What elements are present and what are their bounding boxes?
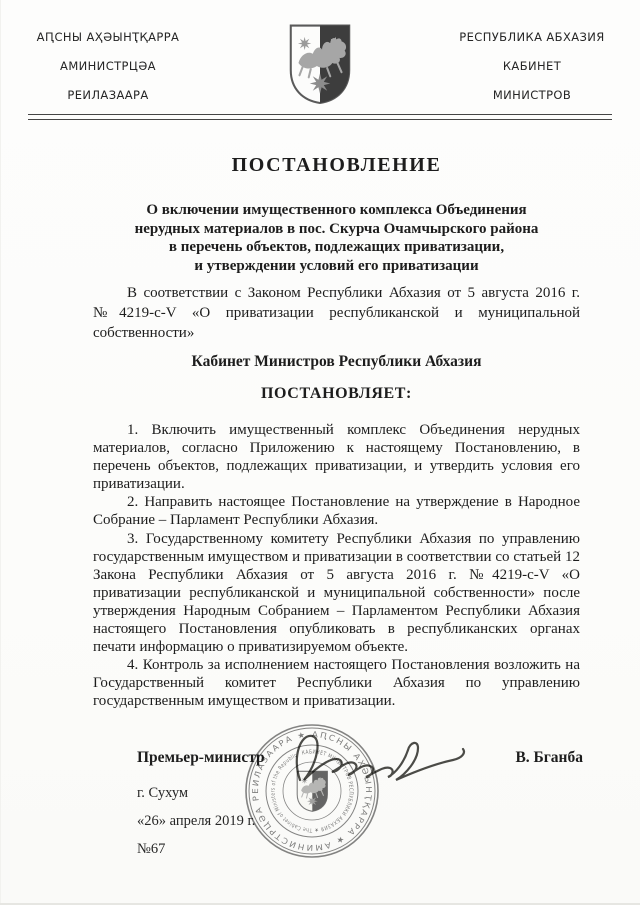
- issuing-authority: Кабинет Министров Республики Абхазия: [93, 353, 580, 371]
- footer-date: «26» апреля 2019 г.: [137, 813, 255, 830]
- document-page: АԤСНЫ АҲӘЫНҬҚАРРА АМИНИСТРЦӘА РЕИЛАЗААРА: [0, 0, 640, 905]
- footer-city: г. Сухум: [137, 785, 255, 802]
- resolution-item-4: 4. Контроль за исполнением настоящего По…: [93, 656, 580, 710]
- document-subject: О включении имущественного комплекса Объ…: [93, 201, 580, 275]
- resolution-keyword: ПОСТАНОВЛЯЕТ:: [93, 385, 580, 403]
- resolution-item-2: 2. Направить настоящее Постановление на …: [93, 493, 580, 529]
- resolution-item-3: 3. Государственному комитету Республики …: [93, 530, 580, 657]
- footer-meta: г. Сухум «26» апреля 2019 г. №67: [137, 785, 255, 858]
- resolution-item-1: 1. Включить имущественный комплекс Объед…: [93, 421, 580, 493]
- signatory-name: В. Бганба: [515, 749, 583, 767]
- resolution-items: 1. Включить имущественный комплекс Объед…: [93, 421, 580, 711]
- signature-autograph-icon: [290, 722, 480, 797]
- subject-line: и утверждении условий его приватизации: [93, 257, 580, 276]
- subject-line: нерудных материалов в пос. Скурча Очамчы…: [93, 220, 580, 239]
- document-type-title: ПОСТАНОВЛЕНИЕ: [93, 154, 580, 177]
- subject-line: О включении имущественного комплекса Объ…: [93, 201, 580, 220]
- subject-line: в перечень объектов, подлежащих приватиз…: [93, 238, 580, 257]
- preamble-paragraph: В соответствии с Законом Республики Абха…: [93, 283, 580, 343]
- footer-number: №67: [137, 841, 255, 858]
